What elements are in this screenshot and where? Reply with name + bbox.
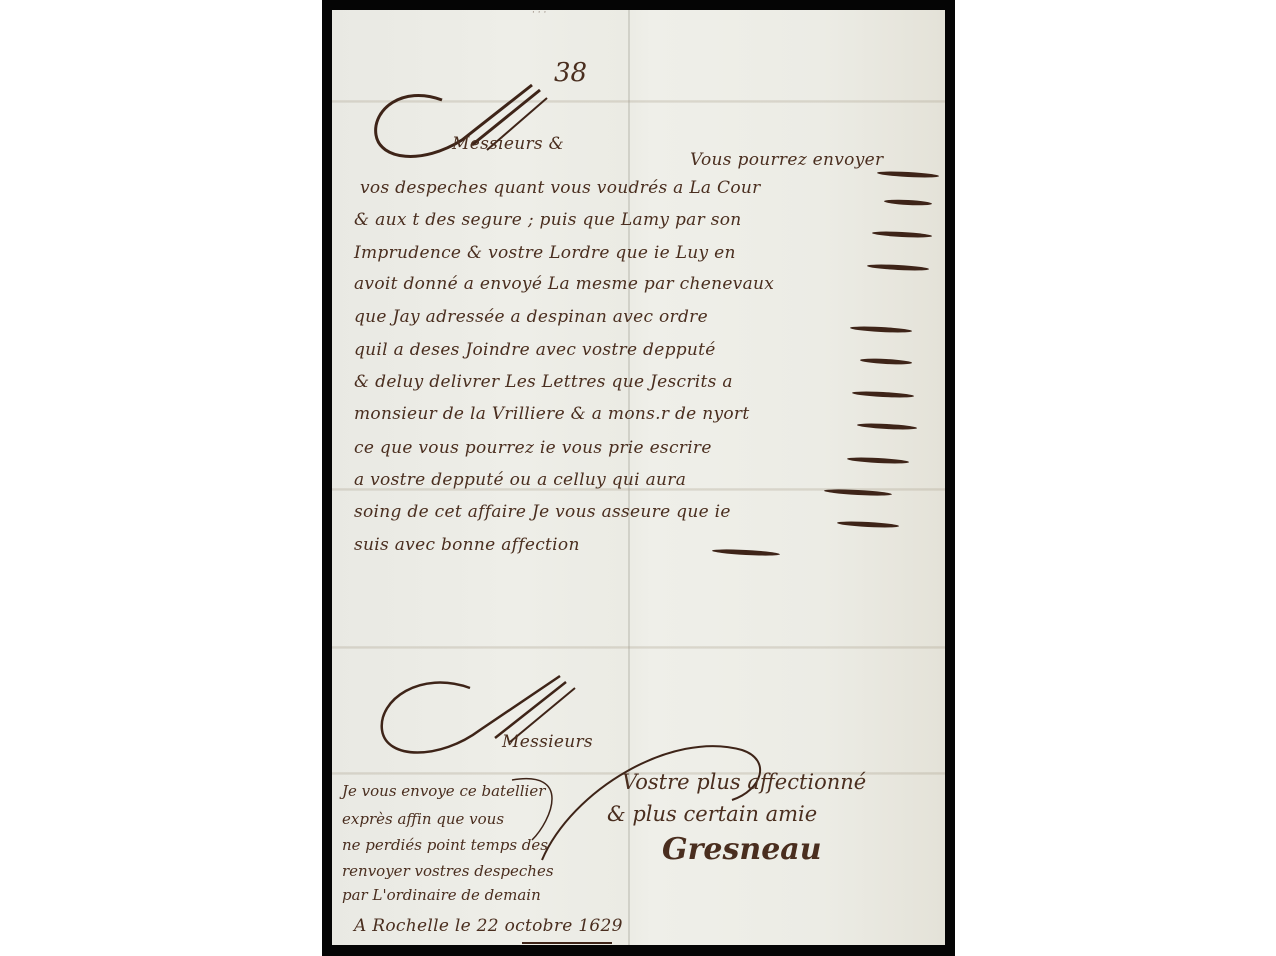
line-end-flourish <box>884 199 932 207</box>
signature: Gresneau <box>662 832 822 867</box>
letter1-salutation: Messieurs & <box>452 134 564 154</box>
line-end-flourish <box>877 170 939 178</box>
line-end-flourish <box>847 456 909 464</box>
letter1-line: Vous pourrez envoyer <box>690 150 883 170</box>
postscript-line: exprès affin que vous <box>342 810 504 828</box>
place-date-line: A Rochelle le 22 octobre 1629 <box>354 916 623 936</box>
line-end-flourish <box>857 422 917 430</box>
letter-paper: · · · 38 Messieurs & Vous pourrez envoye… <box>332 10 945 945</box>
line-end-flourish <box>860 358 912 366</box>
date-underline <box>522 942 612 944</box>
letter1-line: ce que vous pourrez ie vous prie escrire <box>354 438 712 458</box>
letter1-line: monsieur de la Vrilliere & a mons.r de n… <box>354 404 749 424</box>
line-end-flourish <box>837 520 899 528</box>
letter1-line: a vostre depputé ou a celluy qui aura <box>354 470 686 490</box>
closing-line: Vostre plus affectionné <box>622 770 866 794</box>
letter1-line: & deluy delivrer Les Lettres que Jescrit… <box>354 372 733 392</box>
letter1-line: suis avec bonne affection <box>354 535 580 555</box>
line-end-flourish <box>867 263 929 271</box>
line-end-flourish <box>712 548 780 557</box>
closing-line-2: & plus certain amie <box>607 802 817 826</box>
calligraphic-m-flourish-icon <box>362 80 562 180</box>
letter1-line: avoit donné a envoyé La mesme par chenev… <box>354 274 774 294</box>
letter1-line: vos despeches quant vous voudrés a La Co… <box>360 178 761 198</box>
horizontal-fold-lower <box>332 646 945 649</box>
letter1-line: Imprudence & vostre Lordre que ie Luy en <box>354 243 736 263</box>
letter1-line: que Jay adressée a despinan avec ordre <box>354 307 708 327</box>
letter1-line: quil a deses Joindre avec vostre depputé <box>354 340 716 360</box>
line-end-flourish <box>850 325 912 333</box>
letter1-line: & aux t des segure ; puis que Lamy par s… <box>354 210 742 230</box>
postscript-line: par L'ordinaire de demain <box>342 886 541 904</box>
line-end-flourish <box>872 230 932 238</box>
line-end-flourish <box>852 390 914 398</box>
letter1-line: soing de cet affaire Je vous asseure que… <box>354 502 731 522</box>
faint-header-mark: · · · <box>532 10 546 18</box>
